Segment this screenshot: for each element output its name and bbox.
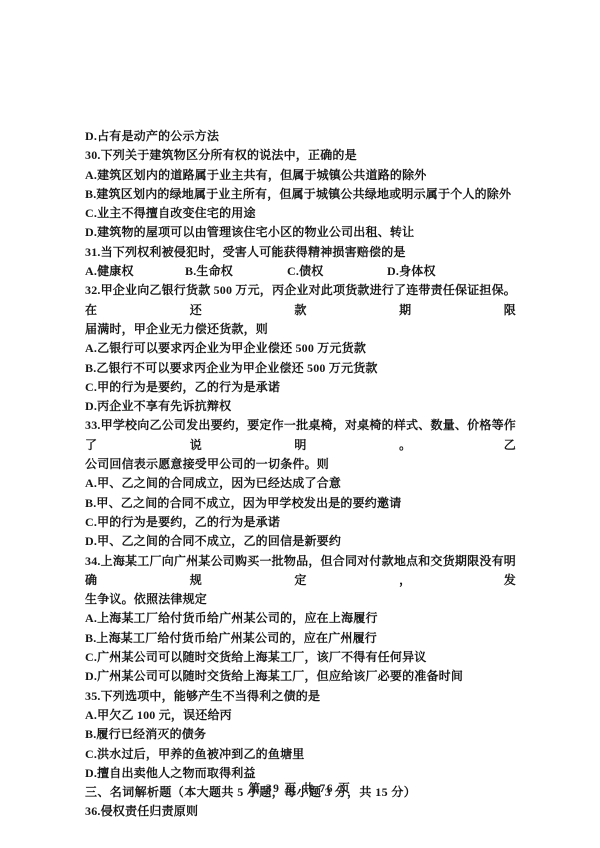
question-stem: 31.当下列权利被侵犯时，受害人可能获得精神损害赔偿的是 [85, 243, 516, 262]
option-line: B.履行已经消灭的债务 [85, 725, 516, 744]
answer-option: C.债权 [287, 262, 387, 281]
document-body: D.占有是动产的公示方法30.下列关于建筑物区分所有权的说法中，正确的是A.建筑… [85, 127, 516, 822]
question-stem: 30.下列关于建筑物区分所有权的说法中，正确的是 [85, 146, 516, 165]
option-line: C.业主不得擅自改变住宅的用途 [85, 204, 516, 223]
question-stem: 34.上海某工厂向广州某公司购买一批物品，但合同对付款地点和交货期限没有明确规定… [85, 552, 516, 591]
question-stem: 35.下列选项中，能够产生不当得利之债的是 [85, 687, 516, 706]
option-line: C.广州某公司可以随时交货给上海某工厂，该厂不得有任何异议 [85, 648, 516, 667]
option-line: C.甲的行为是要约，乙的行为是承诺 [85, 513, 516, 532]
exam-page: D.占有是动产的公示方法30.下列关于建筑物区分所有权的说法中，正确的是A.建筑… [0, 0, 600, 848]
answer-option: B.生命权 [185, 262, 287, 281]
term-item: 36.侵权责任归责原则 [85, 802, 516, 821]
question-stem: 33.甲学校向乙公司发出要约，要定作一批桌椅，对桌椅的样式、数量、价格等作了说明… [85, 416, 516, 455]
option-line: B.建筑区划内的绿地属于业主所有，但属于城镇公共绿地或明示属于个人的除外 [85, 185, 516, 204]
option-line: C.洪水过后，甲养的鱼被冲到乙的鱼塘里 [85, 745, 516, 764]
question-stem: 32.甲企业向乙银行货款 500 万元，丙企业对此项货款进行了连带责任保证担保。… [85, 281, 516, 320]
answer-option: D.身体权 [387, 262, 436, 281]
option-line: B.上海某工厂给付货币给广州某公司的，应在广州履行 [85, 629, 516, 648]
page-number-label: 第 39 页 共 76 页 [249, 783, 352, 795]
option-line: A.甲欠乙 100 元，误还给丙 [85, 706, 516, 725]
option-line: D.广州某公司可以随时交货给上海某工厂，但应给该厂必要的准备时间 [85, 667, 516, 686]
question-stem-continuation: 公司回信表示愿意接受甲公司的一切条件。则 [85, 455, 516, 474]
option-line: A.乙银行可以要求丙企业为甲企业偿还 500 万元货款 [85, 339, 516, 358]
option-line: A.甲、乙之间的合同成立，因为已经达成了合意 [85, 474, 516, 493]
answer-option: A.健康权 [85, 262, 185, 281]
option-line: D.丙企业不享有先诉抗辩权 [85, 397, 516, 416]
option-line: C.甲的行为是要约，乙的行为是承诺 [85, 378, 516, 397]
options-row: A.健康权B.生命权C.债权D.身体权 [85, 262, 516, 281]
option-line: A.上海某工厂给付货币给广州某公司的，应在上海履行 [85, 609, 516, 628]
question-stem-continuation: 生争议。依照法律规定 [85, 590, 516, 609]
option-line: D.建筑物的屋项可以由管理该住宅小区的物业公司出租、转让 [85, 223, 516, 242]
option-line: A.建筑区划内的道路属于业主共有，但属于城镇公共道路的除外 [85, 166, 516, 185]
option-line: D.甲、乙之间的合同不成立，乙的回信是新要约 [85, 532, 516, 551]
question-stem-continuation: 届满时，甲企业无力偿还货款，则 [85, 320, 516, 339]
option-line: B.甲、乙之间的合同不成立，因为甲学校发出是的要约邀请 [85, 494, 516, 513]
option-line: D.占有是动产的公示方法 [85, 127, 516, 146]
page-footer: 第 39 页 共 76 页 [0, 780, 600, 796]
option-line: B.乙银行不可以要求丙企业为甲企业偿还 500 万元货款 [85, 359, 516, 378]
